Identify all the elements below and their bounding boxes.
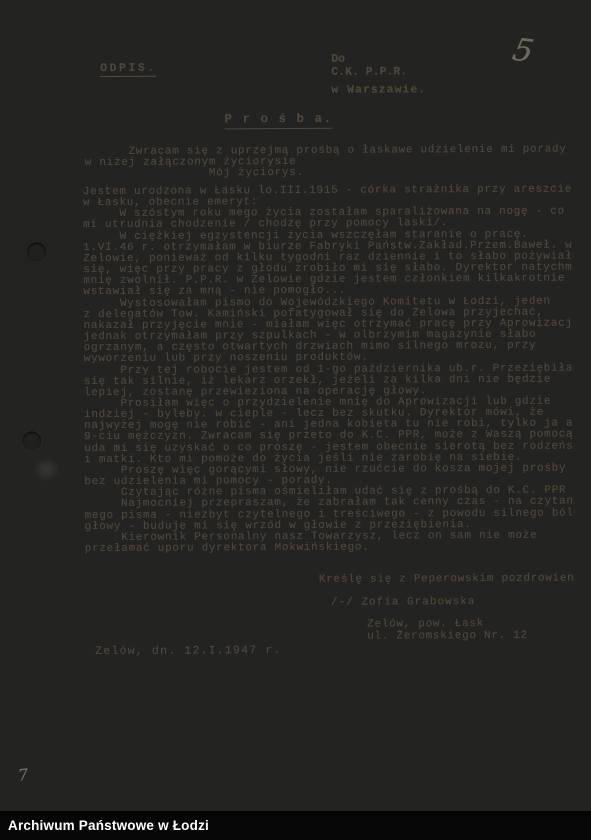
sender-address-line1: Zelów, pow. Łask	[367, 618, 484, 631]
letter-intro: Zwracam się z uprzejmą prośbą o łaskawe …	[85, 145, 567, 181]
recipient-line-org: C.K. P.P.R.	[331, 65, 407, 78]
recipient-line-do: Do	[331, 53, 345, 66]
sender-address-line2: ul. Żeromskiego Nr. 12	[367, 630, 528, 643]
place-date: Zelów, dn. 12.I.1947 r.	[95, 644, 281, 658]
closing-salutation: Kreślę się z Peperowskim pozdrowienie	[319, 572, 578, 585]
punch-hole-top	[27, 242, 46, 261]
recipient-block: Do C.K. P.P.R. w Warszawie.	[331, 52, 426, 96]
archive-caption: Archiwum Państwowe w Łodzi	[8, 811, 209, 840]
handwritten-corner-number: 7	[17, 765, 29, 785]
archive-caption-bar: Archiwum Państwowe w Łodzi	[0, 811, 591, 840]
handwritten-page-number: 5	[509, 32, 537, 70]
archive-scan-viewer: ODPIS. Do C.K. P.P.R. w Warszawie. 5 P r…	[0, 0, 591, 840]
document-page: ODPIS. Do C.K. P.P.R. w Warszawie. 5 P r…	[8, 7, 578, 804]
punch-hole-bottom	[22, 431, 41, 450]
letter-body: Jestem urodzona w Łasku lo.III.1915 - có…	[83, 184, 578, 555]
signature: /-/ Zofia Grabowska	[331, 596, 475, 609]
letter-title: P r o ś b a.	[224, 112, 332, 130]
recipient-line-city: w Warszawie.	[331, 83, 426, 96]
copy-label: ODPIS.	[100, 62, 156, 77]
pencil-smudge	[32, 457, 60, 481]
